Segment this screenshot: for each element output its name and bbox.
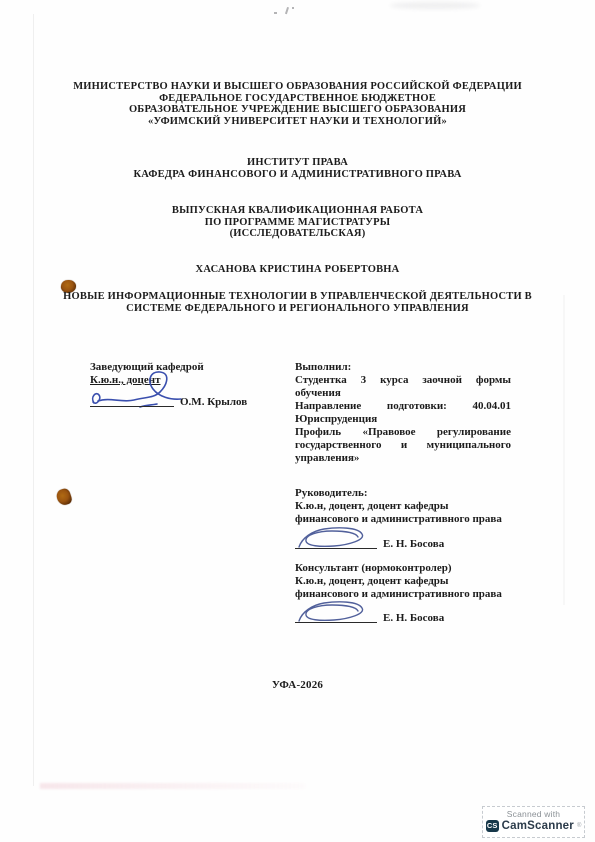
camscanner-name: CamScanner: [502, 820, 574, 832]
work-type-line: ВЫПУСКНАЯ КВАЛИФИКАЦИОННАЯ РАБОТА: [40, 205, 555, 217]
thesis-title: НОВЫЕ ИНФОРМАЦИОННЫЕ ТЕХНОЛОГИИ В УПРАВЛ…: [40, 291, 555, 314]
consultant-name: Е. Н. Босова: [383, 612, 444, 625]
ministry-line: «УФИМСКИЙ УНИВЕРСИТЕТ НАУКИ И ТЕХНОЛОГИЙ…: [40, 116, 555, 128]
scanned-with-label: Scanned with: [483, 809, 584, 819]
performer-line: Профиль «Правовое регулирование: [295, 426, 511, 439]
camscanner-badge: Scanned with CS CamScanner ®: [482, 806, 585, 838]
work-type-line: ПО ПРОГРАММЕ МАГИСТРАТУРЫ: [40, 217, 555, 229]
pencil-mark: [292, 7, 294, 9]
consultant-signature-line: [295, 622, 377, 623]
performer-line: государственного и муниципального: [295, 439, 511, 452]
supervisor-name: Е. Н. Босова: [383, 538, 444, 551]
supervisor-label: Руководитель:: [295, 487, 511, 500]
performer-line: управления»: [295, 452, 511, 465]
scan-edge-line-left: [33, 14, 34, 786]
bosova-signature: [296, 523, 370, 551]
consultant-block: Консультант (нормоконтролер) К.ю.н, доце…: [295, 562, 511, 601]
thesis-title-line: СИСТЕМЕ ФЕДЕРАЛЬНОГО И РЕГИОНАЛЬНОГО УПР…: [40, 303, 555, 315]
pencil-mark: [285, 7, 289, 14]
thesis-title-line: НОВЫЕ ИНФОРМАЦИОННЫЕ ТЕХНОЛОГИИ В УПРАВЛ…: [40, 291, 555, 303]
supervisor-block: Руководитель: К.ю.н, доцент, доцент кафе…: [295, 487, 511, 526]
head-signature-line: [90, 406, 174, 407]
performer-line: обучения: [295, 387, 511, 400]
ink-blot-bottom: [55, 487, 73, 507]
performer-line: Юриспруденция: [295, 413, 511, 426]
supervisor-signature-line: [295, 548, 377, 549]
performer-label: Выполнил:: [295, 361, 511, 374]
institute-block: ИНСТИТУТ ПРАВА КАФЕДРА ФИНАНСОВОГО И АДМ…: [40, 157, 555, 180]
work-type-block: ВЫПУСКНАЯ КВАЛИФИКАЦИОННАЯ РАБОТА ПО ПРО…: [40, 205, 555, 240]
scan-smudge: [390, 2, 480, 9]
ministry-header: МИНИСТЕРСТВО НАУКИ И ВЫСШЕГО ОБРАЗОВАНИЯ…: [40, 81, 555, 127]
scan-color-band: [40, 783, 305, 789]
pencil-mark: [274, 12, 277, 14]
department-name: КАФЕДРА ФИНАНСОВОГО И АДМИНИСТРАТИВНОГО …: [40, 169, 555, 181]
performer-line: Направление подготовки: 40.04.01: [295, 400, 511, 413]
bosova-signature: [296, 597, 370, 625]
camscanner-logo-icon: CS: [486, 820, 499, 832]
supervisor-line: К.ю.н, доцент, доцент кафедры: [295, 500, 511, 513]
head-of-department-name: О.М. Крылов: [180, 396, 247, 409]
consultant-label: Консультант (нормоконтролер): [295, 562, 511, 575]
trademark-mark: ®: [577, 823, 581, 829]
ministry-line: ОБРАЗОВАТЕЛЬНОЕ УЧРЕЖДЕНИЕ ВЫСШЕГО ОБРАЗ…: [40, 104, 555, 116]
ministry-line: ФЕДЕРАЛЬНОЕ ГОСУДАРСТВЕННОЕ БЮДЖЕТНОЕ: [40, 93, 555, 105]
city-year: УФА-2026: [40, 680, 555, 692]
consultant-line: К.ю.н, доцент, доцент кафедры: [295, 575, 511, 588]
scan-edge-line-right: [563, 295, 565, 605]
ministry-line: МИНИСТЕРСТВО НАУКИ И ВЫСШЕГО ОБРАЗОВАНИЯ…: [40, 81, 555, 93]
performer-block: Выполнил: Студентка 3 курса заочной форм…: [295, 361, 511, 465]
work-type-line: (ИССЛЕДОВАТЕЛЬСКАЯ): [40, 228, 555, 240]
institute-name: ИНСТИТУТ ПРАВА: [40, 157, 555, 169]
performer-line: Студентка 3 курса заочной формы: [295, 374, 511, 387]
author-name: ХАСАНОВА КРИСТИНА РОБЕРТОВНА: [40, 264, 555, 276]
scanned-title-page: МИНИСТЕРСТВО НАУКИ И ВЫСШЕГО ОБРАЗОВАНИЯ…: [0, 0, 595, 842]
